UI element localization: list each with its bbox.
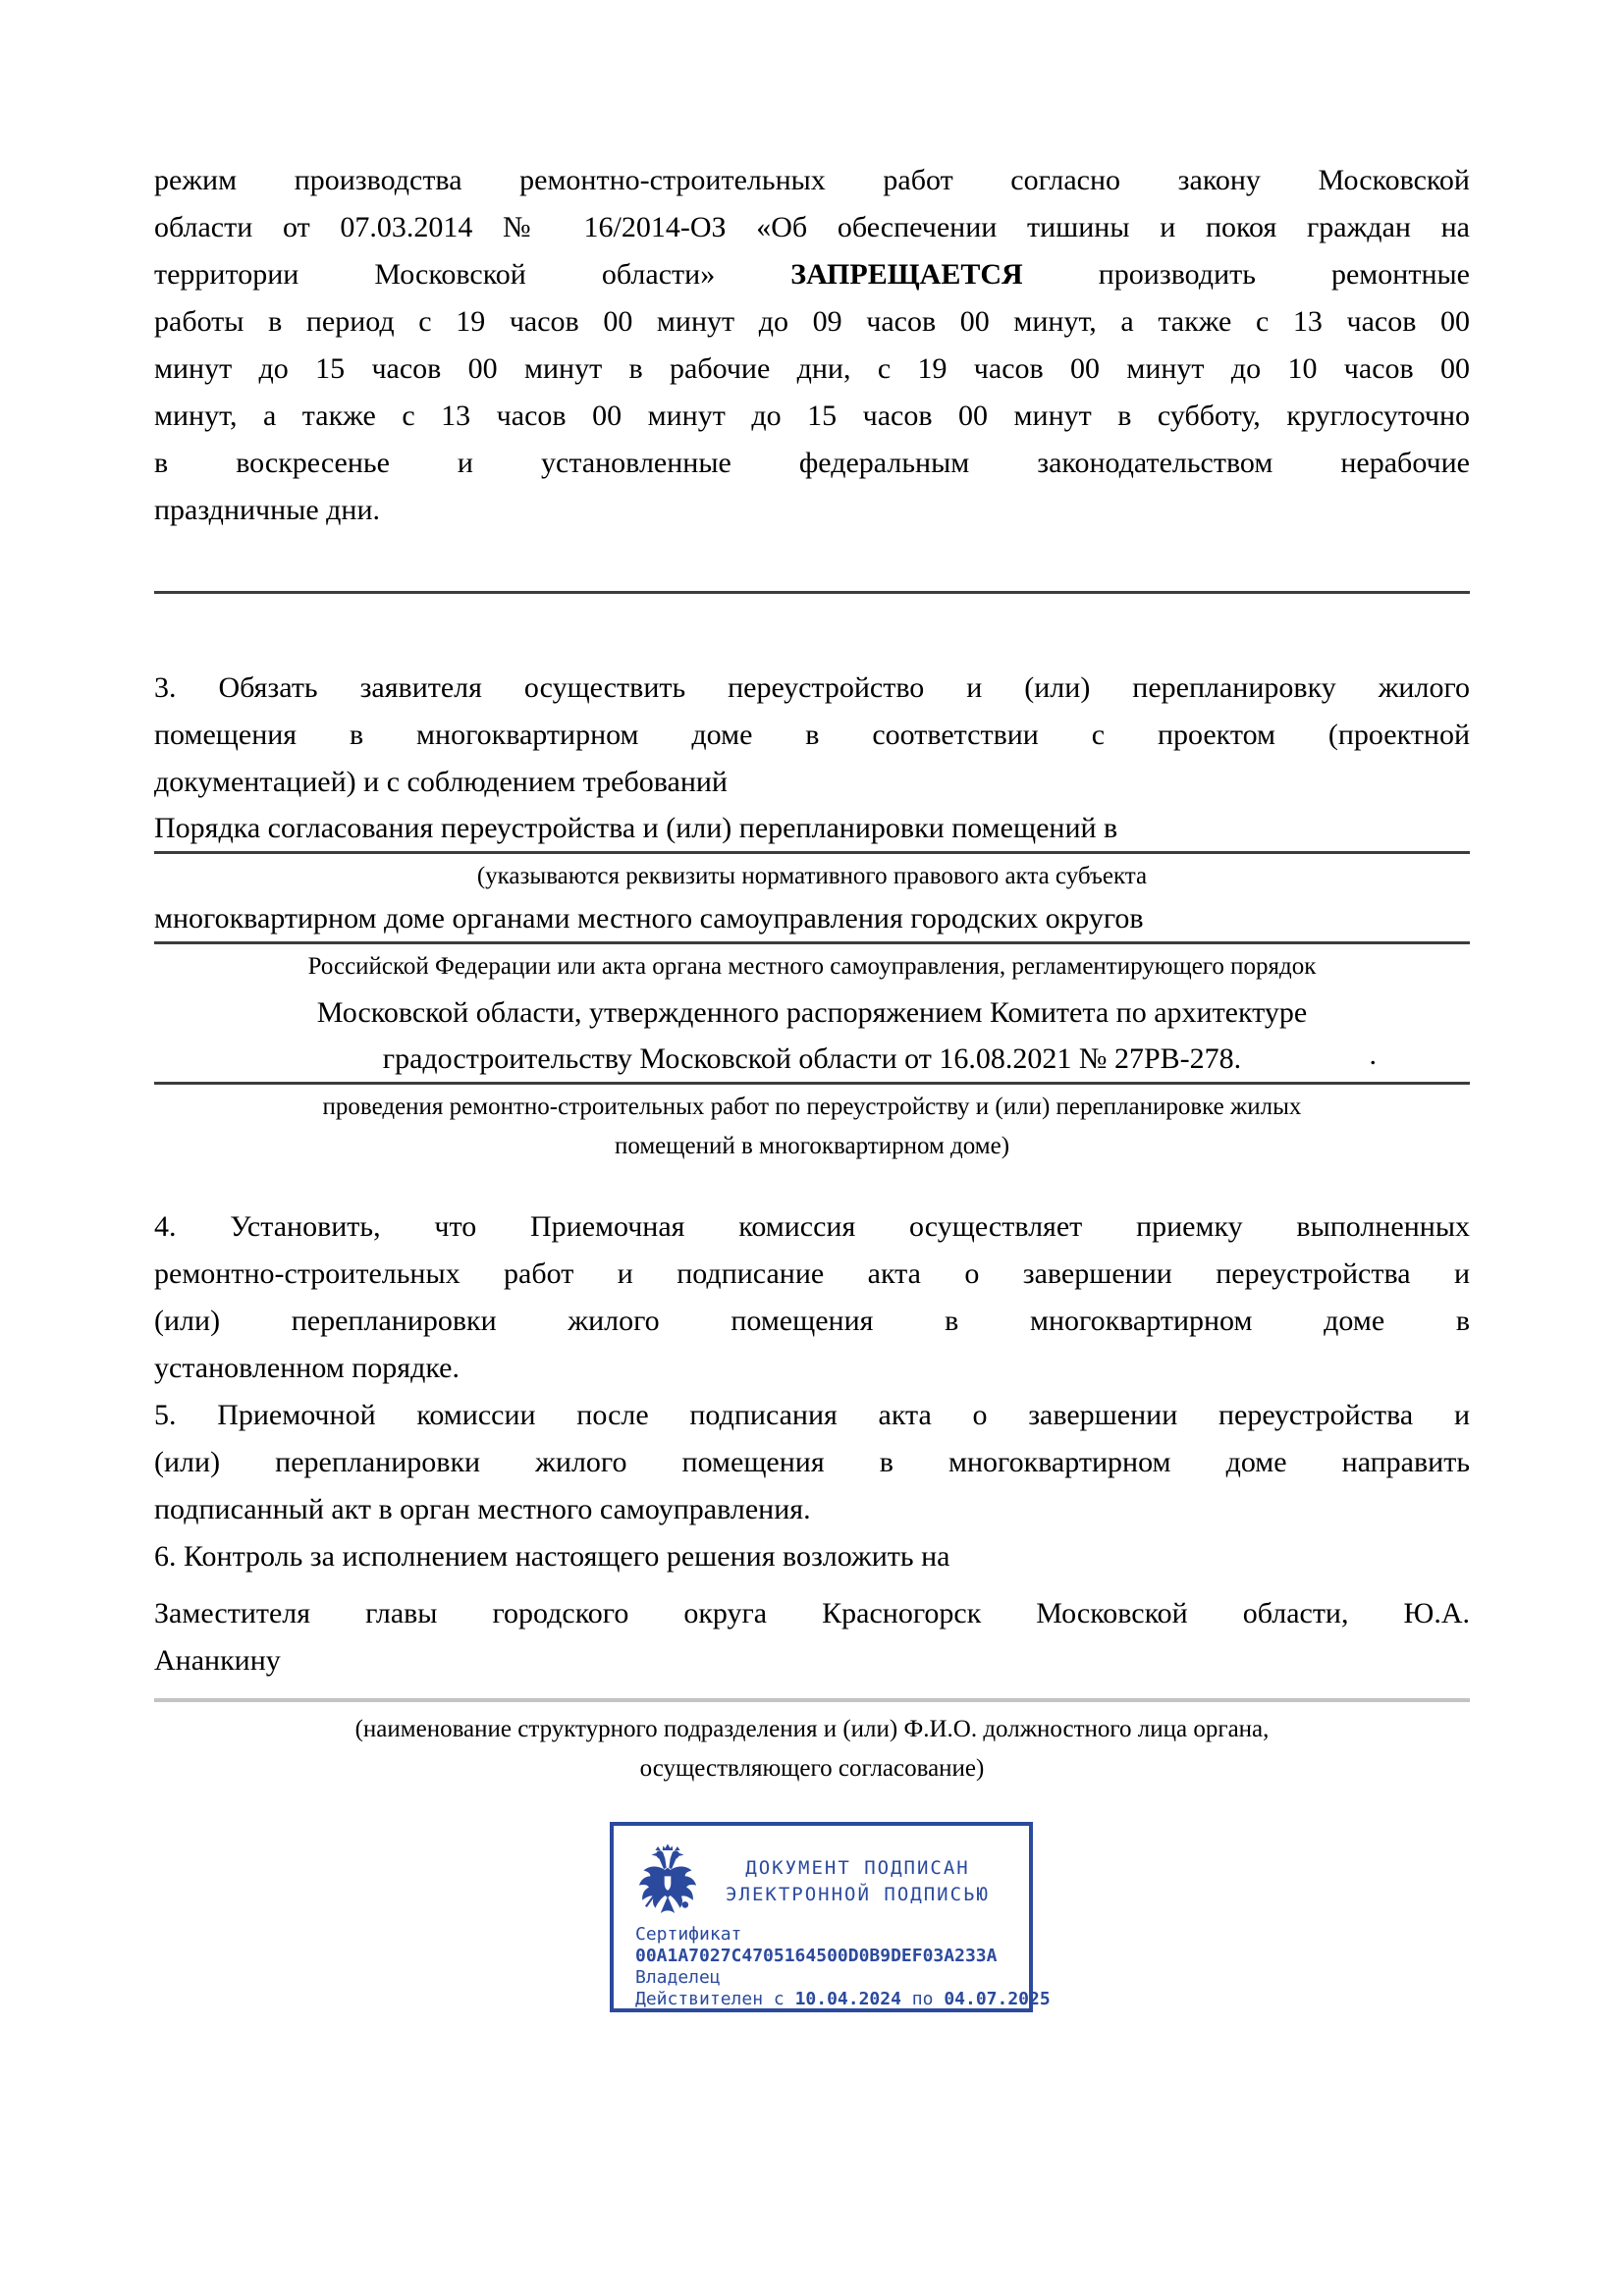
owner-label: Владелец xyxy=(635,1967,1029,1989)
valid-from-date: 10.04.2024 xyxy=(795,1989,901,2009)
item-3-line: документацией) и с соблюдением требовани… xyxy=(154,759,1470,806)
form-caption-1: (указываются реквизиты нормативного прав… xyxy=(154,857,1470,896)
stamp-top-row: ДОКУМЕНТ ПОДПИСАН ЭЛЕКТРОННОЙ ПОДПИСЬЮ xyxy=(614,1826,1029,1920)
item-6-paragraph: 6. Контроль за исполнением настоящего ре… xyxy=(154,1533,1470,1580)
form-value-line-4: градостроительству Московской области от… xyxy=(154,1037,1470,1085)
intro-line: работы в период с 19 часов 00 минут до 0… xyxy=(154,298,1470,346)
certificate-label: Сертификат xyxy=(635,1924,1029,1946)
document-content: режим производства ремонтно-строительных… xyxy=(154,157,1470,2012)
form-value-line-2: многоквартирном доме органами местного с… xyxy=(154,896,1470,944)
stamp-header-line: ДОКУМЕНТ ПОДПИСАН xyxy=(700,1855,1015,1882)
appointee-line: Ананкину xyxy=(154,1637,1470,1684)
form-value-line-1: Порядка согласования переустройства и (и… xyxy=(154,806,1470,854)
item-3-paragraph: 3. Обязать заявителя осуществить переуст… xyxy=(154,665,1470,806)
item-5-line: подписанный акт в орган местного самоупр… xyxy=(154,1486,1470,1533)
item-4-line: (или) перепланировки жилого помещения в … xyxy=(154,1298,1470,1345)
appointee-caption: (наименование структурного подразделения… xyxy=(154,1710,1470,1789)
appointee-caption-line: (наименование структурного подразделения… xyxy=(154,1710,1470,1749)
validity-separator: по xyxy=(912,1989,934,2009)
form-trailing-dot: . xyxy=(1370,1033,1378,1078)
appointee-caption-line: осуществляющего согласование) xyxy=(154,1749,1470,1789)
validity-prefix: Действителен с xyxy=(635,1989,785,2009)
intro-line: области от 07.03.2014 № 16/2014-ОЗ «Об о… xyxy=(154,204,1470,251)
item-3-line: 3. Обязать заявителя осуществить переуст… xyxy=(154,665,1470,712)
form-value-line-4-text: градостроительству Московской области от… xyxy=(383,1042,1241,1075)
stamp-header-line: ЭЛЕКТРОННОЙ ПОДПИСЬЮ xyxy=(700,1882,1015,1908)
intro-paragraph: режим производства ремонтно-строительных… xyxy=(154,157,1470,534)
intro-line: территории Московской области» ЗАПРЕЩАЕТ… xyxy=(154,251,1470,298)
item-5-line: 5. Приемочной комиссии после подписания … xyxy=(154,1392,1470,1439)
stamp-header: ДОКУМЕНТ ПОДПИСАН ЭЛЕКТРОННОЙ ПОДПИСЬЮ xyxy=(700,1855,1015,1908)
intro-line: праздничные дни. xyxy=(154,487,1470,534)
item-4-paragraph: 4. Установить, что Приемочная комиссия о… xyxy=(154,1203,1470,1392)
form-caption-4: помещений в многоквартирном доме) xyxy=(154,1127,1470,1166)
item-4-line: ремонтно-строительных работ и подписание… xyxy=(154,1251,1470,1298)
appointee-line: Заместителя главы городского округа Крас… xyxy=(154,1590,1470,1637)
appointee-paragraph: Заместителя главы городского округа Крас… xyxy=(154,1590,1470,1684)
form-caption-3: проведения ремонтно-строительных работ п… xyxy=(154,1088,1470,1127)
document-page: режим производства ремонтно-строительных… xyxy=(0,0,1624,2296)
item-5-line: (или) перепланировки жилого помещения в … xyxy=(154,1439,1470,1486)
intro-line: минут до 15 часов 00 минут в рабочие дни… xyxy=(154,346,1470,393)
validity-line: Действителен с 10.04.2024 по 04.07.2025 xyxy=(635,1989,1029,2010)
intro-line: в воскресенье и установленные федеральны… xyxy=(154,440,1470,487)
section-separator-rule xyxy=(154,591,1470,594)
digital-signature-stamp: ДОКУМЕНТ ПОДПИСАН ЭЛЕКТРОННОЙ ПОДПИСЬЮ С… xyxy=(610,1822,1033,2012)
intro-line-3-pre: территории Московской области» xyxy=(154,258,715,291)
item-4-line: установленном порядке. xyxy=(154,1345,1470,1392)
form-caption-2: Российской Федерации или акта органа мес… xyxy=(154,947,1470,987)
item-6-line: 6. Контроль за исполнением настоящего ре… xyxy=(154,1533,1470,1580)
prohibited-emphasis: ЗАПРЕЩАЕТСЯ xyxy=(790,258,1022,291)
item-4-line: 4. Установить, что Приемочная комиссия о… xyxy=(154,1203,1470,1251)
normative-act-form: Порядка согласования переустройства и (и… xyxy=(154,806,1470,1166)
intro-line: минут, а также с 13 часов 00 минут до 15… xyxy=(154,393,1470,440)
russian-coat-of-arms-icon xyxy=(635,1842,700,1920)
certificate-value: 00A1A7027C4705164500D0B9DEF03A233A xyxy=(635,1946,1029,1967)
item-5-paragraph: 5. Приемочной комиссии после подписания … xyxy=(154,1392,1470,1533)
item-3-line: помещения в многоквартирном доме в соотв… xyxy=(154,712,1470,759)
intro-line-3-post: производить ремонтные xyxy=(1099,258,1470,291)
form-value-line-3: Московской области, утвержденного распор… xyxy=(154,989,1470,1037)
intro-line: режим производства ремонтно-строительных… xyxy=(154,157,1470,204)
stamp-details: Сертификат 00A1A7027C4705164500D0B9DEF03… xyxy=(614,1920,1029,2010)
valid-to-date: 04.07.2025 xyxy=(944,1989,1050,2009)
appointee-underline-rule xyxy=(154,1698,1470,1702)
